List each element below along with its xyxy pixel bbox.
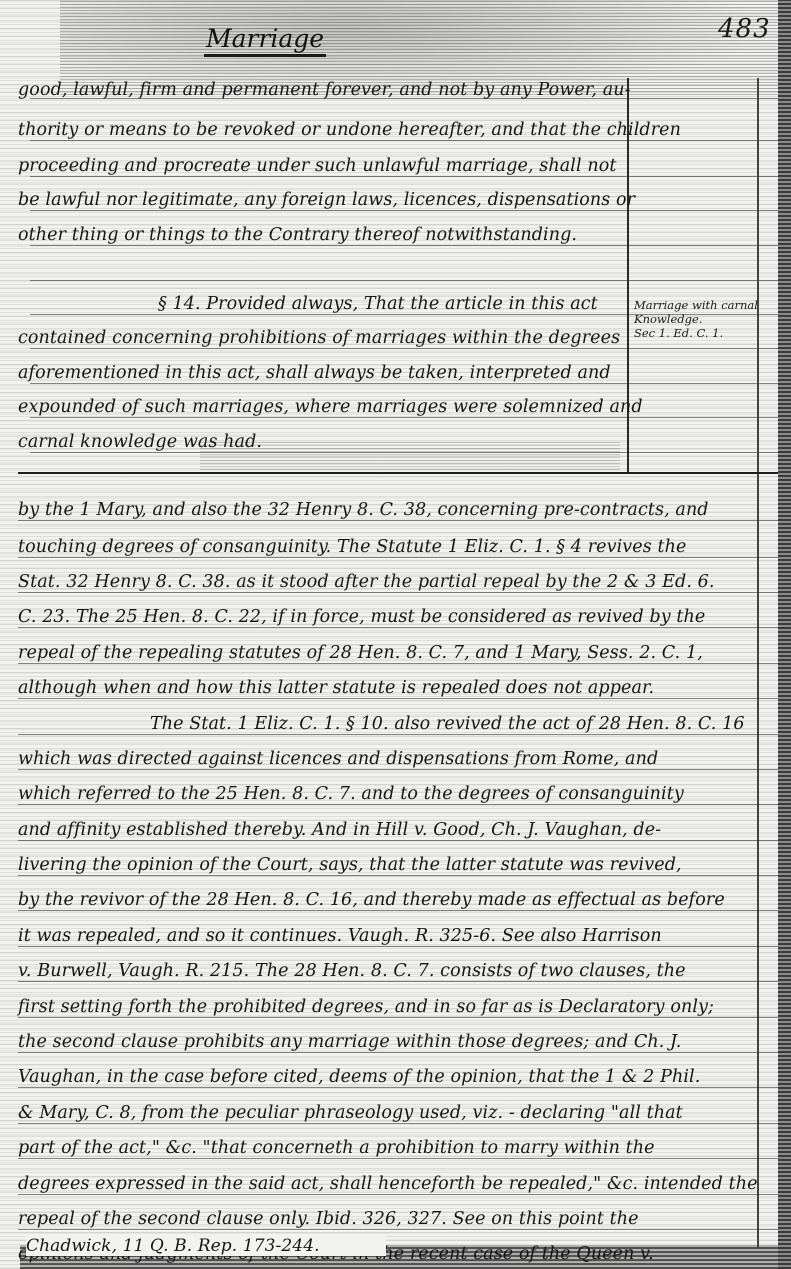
text-line: which was directed against licences and … [18, 749, 758, 769]
text-line: be lawful nor legitimate, any foreign la… [18, 190, 618, 210]
text-line: Vaughan, in the case before cited, deems… [18, 1067, 758, 1087]
ruled-line [18, 698, 778, 699]
ruled-line [18, 627, 778, 628]
text-line: aforementioned in this act, shall always… [18, 363, 618, 383]
page-title: Marriage [204, 24, 326, 57]
text-line: and affinity established thereby. And in… [18, 820, 758, 840]
text-line: expounded of such marriages, where marri… [18, 397, 618, 417]
ruled-line [30, 140, 778, 141]
ruled-line [30, 176, 778, 177]
ruled-line [18, 910, 778, 911]
ruled-line [18, 804, 778, 805]
text-line: it was repealed, and so it continues. Va… [18, 926, 758, 946]
text-line: & Mary, C. 8, from the peculiar phraseol… [18, 1103, 758, 1123]
text-line: good, lawful, firm and permanent forever… [18, 80, 618, 100]
ruled-line [18, 769, 778, 770]
ruled-line [18, 1229, 778, 1230]
text-line: part of the act," &c. "that concerneth a… [18, 1138, 758, 1158]
scanned-manuscript-page: 483 Marriage good, lawful, firm and perm… [0, 0, 791, 1269]
section-14-heading-line: § 14. Provided always, That the article … [158, 294, 618, 314]
ruled-line [18, 1194, 778, 1195]
ruled-line [18, 557, 778, 558]
text-line: first setting forth the prohibited degre… [18, 997, 758, 1017]
text-line: touching degrees of consanguinity. The S… [18, 537, 758, 557]
citation-line: Chadwick, 11 Q. B. Rep. 173-244. [26, 1236, 386, 1256]
ruled-line [30, 452, 778, 453]
ruled-line [18, 592, 778, 593]
ruled-line [18, 875, 778, 876]
margin-note-line: Sec 1. Ed. C. 1. [634, 326, 723, 340]
text-line: other thing or things to the Contrary th… [18, 225, 618, 245]
ruled-line [30, 383, 778, 384]
ruled-line [30, 210, 778, 211]
text-line: repeal of the repealing statutes of 28 H… [18, 643, 758, 663]
page-number: 483 [718, 14, 771, 44]
text-line: proceeding and procreate under such unla… [18, 156, 618, 176]
text-line: although when and how this latter statut… [18, 678, 758, 698]
text-line: Stat. 32 Henry 8. C. 38. as it stood aft… [18, 572, 758, 592]
text-line: carnal knowledge was had. [18, 432, 618, 452]
section-divider-rule [18, 472, 778, 474]
text-line: degrees expressed in the said act, shall… [18, 1174, 758, 1194]
margin-note-line: Knowledge. [634, 312, 702, 326]
text-line: C. 23. The 25 Hen. 8. C. 22, if in force… [18, 607, 758, 627]
ruled-line [30, 245, 778, 246]
ruled-line [18, 840, 778, 841]
text-line: the second clause prohibits any marriage… [18, 1032, 758, 1052]
ruled-line [30, 280, 778, 281]
ruled-line [18, 734, 778, 735]
text-line: which referred to the 25 Hen. 8. C. 7. a… [18, 784, 758, 804]
text-line: contained concerning prohibitions of mar… [18, 328, 618, 348]
text-line: v. Burwell, Vaugh. R. 215. The 28 Hen. 8… [18, 961, 758, 981]
text-line: by the 1 Mary, and also the 32 Henry 8. … [18, 500, 758, 520]
text-line: repeal of the second clause only. Ibid. … [18, 1209, 758, 1229]
page-edge-border [778, 0, 791, 1269]
ruled-line [18, 1052, 778, 1053]
ruled-line [18, 981, 778, 982]
text-line: thority or means to be revoked or undone… [18, 120, 618, 140]
ruled-line [18, 1087, 778, 1088]
text-line: by the revivor of the 28 Hen. 8. C. 16, … [18, 890, 758, 910]
ruled-line [18, 663, 778, 664]
ruled-line [18, 520, 778, 521]
ruled-line [18, 1123, 778, 1124]
ruled-line [30, 348, 778, 349]
ruled-line [18, 1158, 778, 1159]
ruled-line [18, 946, 778, 947]
ruled-line [18, 1017, 778, 1018]
text-line: The Stat. 1 Eliz. C. 1. § 10. also reviv… [150, 714, 760, 734]
ruled-line [30, 417, 778, 418]
margin-note-line: Marriage with carnal [634, 298, 758, 312]
text-line: livering the opinion of the Court, says,… [18, 855, 758, 875]
